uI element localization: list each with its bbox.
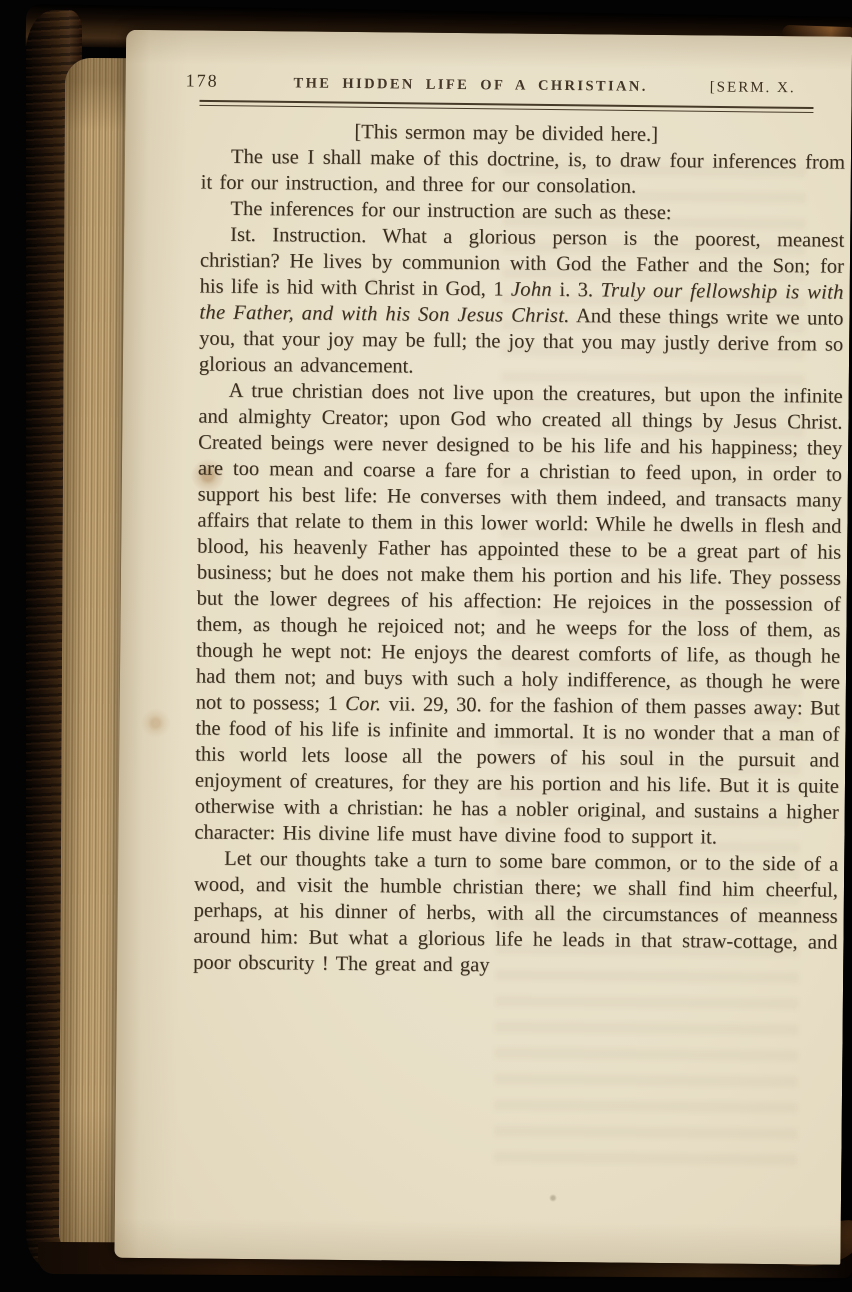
book-page: 178 THE HIDDEN LIFE OF A CHRISTIAN. [SER…	[114, 30, 852, 1265]
running-title: THE HIDDEN LIFE OF A CHRISTIAN.	[232, 75, 710, 97]
sermon-section-label: [SERM. X.	[710, 79, 796, 97]
page-header: 178 THE HIDDEN LIFE OF A CHRISTIAN. [SER…	[126, 30, 852, 98]
sermon-paragraph: Let our thoughts take a turn to some bar…	[193, 846, 838, 982]
sermon-paragraph: Ist. Instruction. What a glorious person…	[199, 222, 844, 384]
sermon-body-text: [This sermon may be divided here.] The u…	[117, 106, 851, 982]
sermon-paragraph: A true christian does not live upon the …	[194, 378, 842, 852]
page-number: 178	[186, 70, 232, 91]
sermon-paragraph: The use I shall make of this doctrine, i…	[201, 144, 845, 202]
paragraphs: The use I shall make of this doctrine, i…	[193, 144, 845, 982]
book-photograph: 178 THE HIDDEN LIFE OF A CHRISTIAN. [SER…	[0, 0, 852, 1292]
